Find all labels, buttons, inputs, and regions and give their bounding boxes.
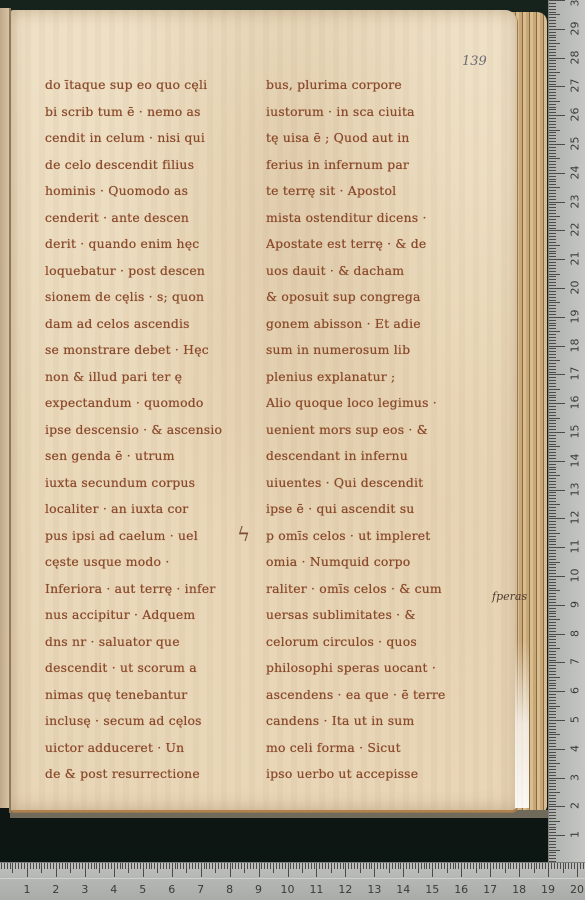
ruler-tick <box>418 863 419 873</box>
ruler-tick <box>120 863 121 869</box>
ruler-tick <box>549 380 556 381</box>
ruler-tick <box>549 847 556 848</box>
ruler-label: 7 <box>569 652 582 672</box>
ruler-tick <box>513 863 514 869</box>
ruler-tick <box>549 340 556 341</box>
ruler-tick <box>230 863 231 877</box>
ruler-label: 17 <box>569 364 582 384</box>
ruler-tick <box>525 863 526 869</box>
ruler-tick <box>549 26 556 27</box>
ruler-label: 12 <box>569 508 582 528</box>
ruler-tick <box>563 863 564 873</box>
ruler-tick <box>549 772 556 773</box>
ruler-tick <box>549 288 565 289</box>
ruler-label: 21 <box>569 249 582 269</box>
ruler-tick <box>114 863 115 877</box>
ruler-tick <box>131 863 132 869</box>
ruler-tick <box>102 863 103 869</box>
ruler-tick <box>426 863 427 869</box>
ruler-tick <box>108 863 109 869</box>
ruler-tick <box>122 863 123 869</box>
ruler-tick <box>549 472 556 473</box>
ruler-tick <box>56 863 57 877</box>
text-line: pus ipsi ad caelum · uel <box>45 523 245 550</box>
ruler-tick <box>549 268 556 269</box>
ruler-tick <box>549 196 556 197</box>
ruler-tick <box>549 9 556 10</box>
text-line: de & post resurrectione <box>45 761 245 788</box>
ruler-tick <box>549 806 565 807</box>
ruler-tick <box>549 498 556 499</box>
ruler-tick <box>549 697 556 698</box>
ruler-guide-line <box>0 878 585 879</box>
ruler-tick <box>549 795 556 796</box>
ruler-tick <box>549 550 556 551</box>
ruler-label: 5 <box>133 883 153 896</box>
folio-number: 139 <box>462 54 487 69</box>
ruler-tick <box>549 213 556 214</box>
ruler-tick <box>549 475 560 476</box>
ruler-label: 30 <box>569 0 582 10</box>
ruler-tick <box>549 55 556 56</box>
ruler-tick <box>36 863 37 869</box>
ruler-tick <box>549 671 556 672</box>
ruler-tick <box>549 89 556 90</box>
ruler-tick <box>160 863 161 869</box>
ruler-label: 5 <box>569 710 582 730</box>
ruler-tick <box>334 863 335 869</box>
ruler-tick <box>549 556 556 557</box>
ruler-tick <box>549 651 556 652</box>
ruler-label: 4 <box>104 883 124 896</box>
ruler-tick <box>557 863 558 869</box>
ruler-tick <box>256 863 257 869</box>
ruler-tick <box>549 452 556 453</box>
ruler-tick <box>549 749 565 750</box>
ruler-tick <box>79 863 80 869</box>
ruler-tick <box>4 863 5 869</box>
ruler-tick <box>549 325 556 326</box>
ruler-tick <box>549 98 556 99</box>
ruler-tick <box>542 863 543 869</box>
ruler-tick <box>549 383 556 384</box>
ruler-label: 22 <box>569 220 582 240</box>
ruler-tick <box>549 251 556 252</box>
ruler-tick <box>67 863 68 869</box>
ruler-tick <box>549 708 556 709</box>
ruler-tick <box>549 786 556 787</box>
text-line: se monstrare debet · Hęc <box>45 337 245 364</box>
ruler-tick <box>395 863 396 869</box>
ruler-tick <box>549 328 556 329</box>
ruler-tick <box>499 863 500 869</box>
ruler-tick <box>549 337 556 338</box>
ruler-tick <box>549 95 556 96</box>
ruler-tick <box>204 863 205 869</box>
ruler-tick <box>549 804 556 805</box>
ruler-tick <box>549 6 556 7</box>
ruler-tick <box>549 161 556 162</box>
ruler-tick <box>549 354 556 355</box>
ruler-tick <box>241 863 242 869</box>
ruler-tick <box>549 317 565 318</box>
ruler-tick <box>549 634 565 635</box>
ruler-tick <box>487 863 488 869</box>
ruler-tick <box>154 863 155 869</box>
ruler-tick <box>549 639 556 640</box>
ruler-tick <box>343 863 344 869</box>
ruler-tick <box>549 204 556 205</box>
ruler-tick <box>444 863 445 869</box>
ruler-tick <box>549 12 556 13</box>
vertical-ruler: 3029282726252423222120191817161514131211… <box>548 0 585 862</box>
ruler-tick <box>554 863 555 869</box>
marginal-note: fperas <box>492 590 527 603</box>
ruler-tick <box>549 703 556 704</box>
ruler-tick <box>549 441 556 442</box>
ruler-tick <box>549 829 556 830</box>
ruler-tick <box>549 360 560 361</box>
ruler-tick <box>549 562 560 563</box>
ruler-tick <box>70 863 71 873</box>
ruler-label: 17 <box>480 883 500 896</box>
ruler-tick <box>549 760 556 761</box>
ruler-tick <box>549 504 560 505</box>
text-line: ferius in infernum par <box>266 152 466 179</box>
ruler-tick <box>30 863 31 869</box>
ruler-tick <box>447 863 448 873</box>
text-line: cęste usque modo · <box>45 549 245 576</box>
ruler-tick <box>549 507 556 508</box>
ruler-tick <box>549 374 565 375</box>
ruler-tick <box>99 863 100 873</box>
ruler-label: 18 <box>569 335 582 355</box>
ruler-tick <box>549 570 556 571</box>
ruler-tick <box>140 863 141 869</box>
ruler-label: 13 <box>364 883 384 896</box>
ruler-tick <box>267 863 268 869</box>
text-line: sionem de cęlis · s; quon <box>45 284 245 311</box>
ruler-tick <box>549 193 556 194</box>
text-line: non & illud pari ter ę <box>45 364 245 391</box>
ruler-tick <box>549 694 556 695</box>
text-line: dns nr · saluator que <box>45 629 245 656</box>
text-line: uictor adduceret · Un <box>45 735 245 762</box>
ruler-tick <box>549 32 556 33</box>
ruler-tick <box>253 863 254 869</box>
ruler-tick <box>549 654 556 655</box>
ruler-tick <box>264 863 265 869</box>
ruler-tick <box>282 863 283 869</box>
ruler-tick <box>549 596 556 597</box>
ruler-tick <box>549 334 556 335</box>
ruler-tick <box>549 23 556 24</box>
ruler-tick <box>549 662 565 663</box>
ruler-tick <box>360 863 361 873</box>
text-line: omia · Numquid corpo <box>266 549 466 576</box>
ruler-tick <box>493 863 494 869</box>
ruler-tick <box>549 297 556 298</box>
ruler-tick <box>369 863 370 869</box>
ruler-label: 14 <box>393 883 413 896</box>
ruler-tick <box>357 863 358 869</box>
ruler-tick <box>88 863 89 869</box>
ruler-tick <box>549 156 556 157</box>
ruler-tick <box>549 343 556 344</box>
ruler-tick <box>157 863 158 873</box>
ruler-label: 16 <box>569 393 582 413</box>
ruler-tick <box>73 863 74 869</box>
ruler-label: 4 <box>569 738 582 758</box>
ruler-tick <box>549 648 560 649</box>
ruler-label: 19 <box>538 883 558 896</box>
ruler-tick <box>177 863 178 869</box>
ruler-tick <box>549 179 556 180</box>
text-line: Apostate est terrę · & de <box>266 231 466 258</box>
ruler-tick <box>59 863 60 869</box>
ruler-tick <box>409 863 410 869</box>
ruler-tick <box>549 855 556 856</box>
text-line: & oposuit sup congrega <box>266 284 466 311</box>
ruler-tick <box>549 717 556 718</box>
ruler-tick <box>549 372 556 373</box>
ruler-tick <box>549 207 556 208</box>
ruler-tick <box>354 863 355 869</box>
ruler-tick <box>363 863 364 869</box>
ruler-tick <box>96 863 97 869</box>
ruler-tick <box>337 863 338 869</box>
ruler-tick <box>198 863 199 869</box>
ruler-tick <box>244 863 245 873</box>
ruler-tick <box>549 228 556 229</box>
ruler-tick <box>398 863 399 869</box>
ruler-tick <box>549 579 556 580</box>
ruler-tick <box>549 37 556 38</box>
ruler-tick <box>549 544 556 545</box>
ruler-tick <box>424 863 425 869</box>
ruler-tick <box>549 516 556 517</box>
ruler-tick <box>549 233 556 234</box>
text-line: iuxta secundum corpus <box>45 470 245 497</box>
ruler-tick <box>496 863 497 869</box>
ruler-tick <box>528 863 529 869</box>
text-line: celorum circulos · quos <box>266 629 466 656</box>
ruler-label: 10 <box>569 566 582 586</box>
ruler-tick <box>549 265 556 266</box>
text-line: ipse descensio · & ascensio <box>45 417 245 444</box>
ruler-tick <box>65 863 66 869</box>
ruler-tick <box>380 863 381 869</box>
ruler-tick <box>201 863 202 877</box>
ruler-tick <box>62 863 63 869</box>
ruler-tick <box>551 863 552 869</box>
ruler-tick <box>549 112 556 113</box>
ruler-tick <box>549 631 556 632</box>
ruler-label: 24 <box>569 162 582 182</box>
text-line: uiuentes · Qui descendit <box>266 470 466 497</box>
ruler-tick <box>549 446 560 447</box>
ruler-tick <box>146 863 147 869</box>
text-line: descendit · ut scorum a <box>45 655 245 682</box>
gutter-line <box>9 8 11 813</box>
text-line: plenius explanatur ; <box>266 364 466 391</box>
ruler-tick <box>549 700 556 701</box>
ruler-tick <box>549 158 560 159</box>
ruler-tick <box>549 559 556 560</box>
ruler-tick <box>549 677 560 678</box>
ruler-tick <box>549 495 556 496</box>
ruler-tick <box>549 521 556 522</box>
ruler-tick <box>549 723 556 724</box>
ruler-tick <box>224 863 225 869</box>
ruler-tick <box>279 863 280 869</box>
ruler-tick <box>421 863 422 869</box>
text-line: do ītaque sup eo quo cęli <box>45 72 245 99</box>
ruler-tick <box>549 706 560 707</box>
ruler-tick <box>549 351 556 352</box>
ruler-tick <box>549 605 565 606</box>
ruler-tick <box>549 377 556 378</box>
ruler-tick <box>377 863 378 869</box>
text-line: descendant in infernu <box>266 443 466 470</box>
ruler-tick <box>163 863 164 869</box>
ruler-tick <box>549 778 565 779</box>
ruler-label: 20 <box>569 278 582 298</box>
ruler-tick <box>549 305 556 306</box>
text-line: cenderit · ante descen <box>45 205 245 232</box>
ruler-tick <box>549 170 556 171</box>
ruler-tick <box>549 611 556 612</box>
ruler-tick <box>549 300 556 301</box>
ruler-tick <box>549 127 556 128</box>
ruler-tick <box>549 245 560 246</box>
ruler-tick <box>539 863 540 869</box>
ruler-label: 8 <box>220 883 240 896</box>
ruler-tick <box>549 729 556 730</box>
ruler-tick <box>549 547 565 548</box>
ruler-tick <box>549 492 556 493</box>
ruler-tick <box>453 863 454 869</box>
ruler-tick <box>461 863 462 877</box>
ruler-tick <box>549 530 556 531</box>
ruler-label: 26 <box>569 105 582 125</box>
ruler-tick <box>549 259 565 260</box>
ruler-tick <box>261 863 262 869</box>
ruler-tick <box>549 118 556 119</box>
ruler-tick <box>195 863 196 869</box>
ruler-tick <box>574 863 575 869</box>
ruler-tick <box>549 435 556 436</box>
ruler-tick <box>134 863 135 869</box>
ruler-tick <box>308 863 309 869</box>
ruler-label: 13 <box>569 479 582 499</box>
ruler-tick <box>549 294 556 295</box>
ruler-tick <box>549 458 556 459</box>
ruler-tick <box>549 732 556 733</box>
ruler-tick <box>288 863 289 877</box>
ruler-tick <box>549 616 556 617</box>
ruler-tick <box>549 588 556 589</box>
ruler-tick <box>549 665 556 666</box>
ruler-tick <box>125 863 126 869</box>
ruler-tick <box>311 863 312 869</box>
ruler-tick <box>549 821 560 822</box>
ruler-tick <box>549 409 556 410</box>
ruler-tick <box>549 323 556 324</box>
ruler-tick <box>549 827 556 828</box>
ruler-tick <box>549 792 560 793</box>
ruler-tick <box>549 386 556 387</box>
ruler-tick <box>549 527 556 528</box>
ruler-tick <box>549 130 560 131</box>
text-line: derit · quando enim hęc <box>45 231 245 258</box>
ruler-tick <box>549 487 556 488</box>
ruler-tick <box>549 746 556 747</box>
ruler-tick <box>21 863 22 869</box>
ruler-tick <box>549 248 556 249</box>
ruler-tick <box>549 46 556 47</box>
text-line: te terrę sit · Apostol <box>266 178 466 205</box>
ruler-tick <box>549 222 556 223</box>
ruler-tick <box>549 3 556 4</box>
ruler-tick <box>128 863 129 873</box>
ruler-tick <box>549 449 556 450</box>
ruler-tick <box>580 863 581 869</box>
ruler-tick <box>490 863 491 877</box>
ruler-tick <box>549 613 556 614</box>
ruler-tick <box>549 850 560 851</box>
ruler-tick <box>549 455 556 456</box>
ruler-tick <box>386 863 387 869</box>
ruler-tick <box>549 576 565 577</box>
ruler-tick <box>549 320 556 321</box>
ruler-tick <box>91 863 92 869</box>
ruler-tick <box>549 52 556 53</box>
ruler-tick <box>549 513 556 514</box>
ruler-tick <box>186 863 187 873</box>
ruler-tick <box>549 412 556 413</box>
ruler-tick <box>549 757 556 758</box>
ruler-tick <box>549 628 556 629</box>
ruler-label: 29 <box>569 18 582 38</box>
ruler-label: 3 <box>75 883 95 896</box>
ruler-tick <box>412 863 413 869</box>
ruler-label: 2 <box>569 796 582 816</box>
ruler-tick <box>549 683 556 684</box>
ruler-tick <box>549 518 565 519</box>
ruler-tick <box>549 832 556 833</box>
ruler-tick <box>549 625 556 626</box>
ruler-tick <box>415 863 416 869</box>
ruler-tick <box>212 863 213 869</box>
ruler-tick <box>285 863 286 869</box>
ruler-tick <box>549 818 556 819</box>
ruler-tick <box>549 642 556 643</box>
ruler-tick <box>10 863 11 869</box>
ruler-tick <box>531 863 532 869</box>
ruler-tick <box>169 863 170 869</box>
ruler-tick <box>549 43 560 44</box>
ruler-tick <box>389 863 390 873</box>
ruler-tick <box>82 863 83 869</box>
ruler-tick <box>24 863 25 869</box>
ruler-tick <box>549 835 565 836</box>
text-line: sum in numerosum lib <box>266 337 466 364</box>
ruler-tick <box>549 510 556 511</box>
ruler-tick <box>549 397 556 398</box>
text-line: ipse ē · qui ascendit su <box>266 496 466 523</box>
ruler-tick <box>549 755 556 756</box>
